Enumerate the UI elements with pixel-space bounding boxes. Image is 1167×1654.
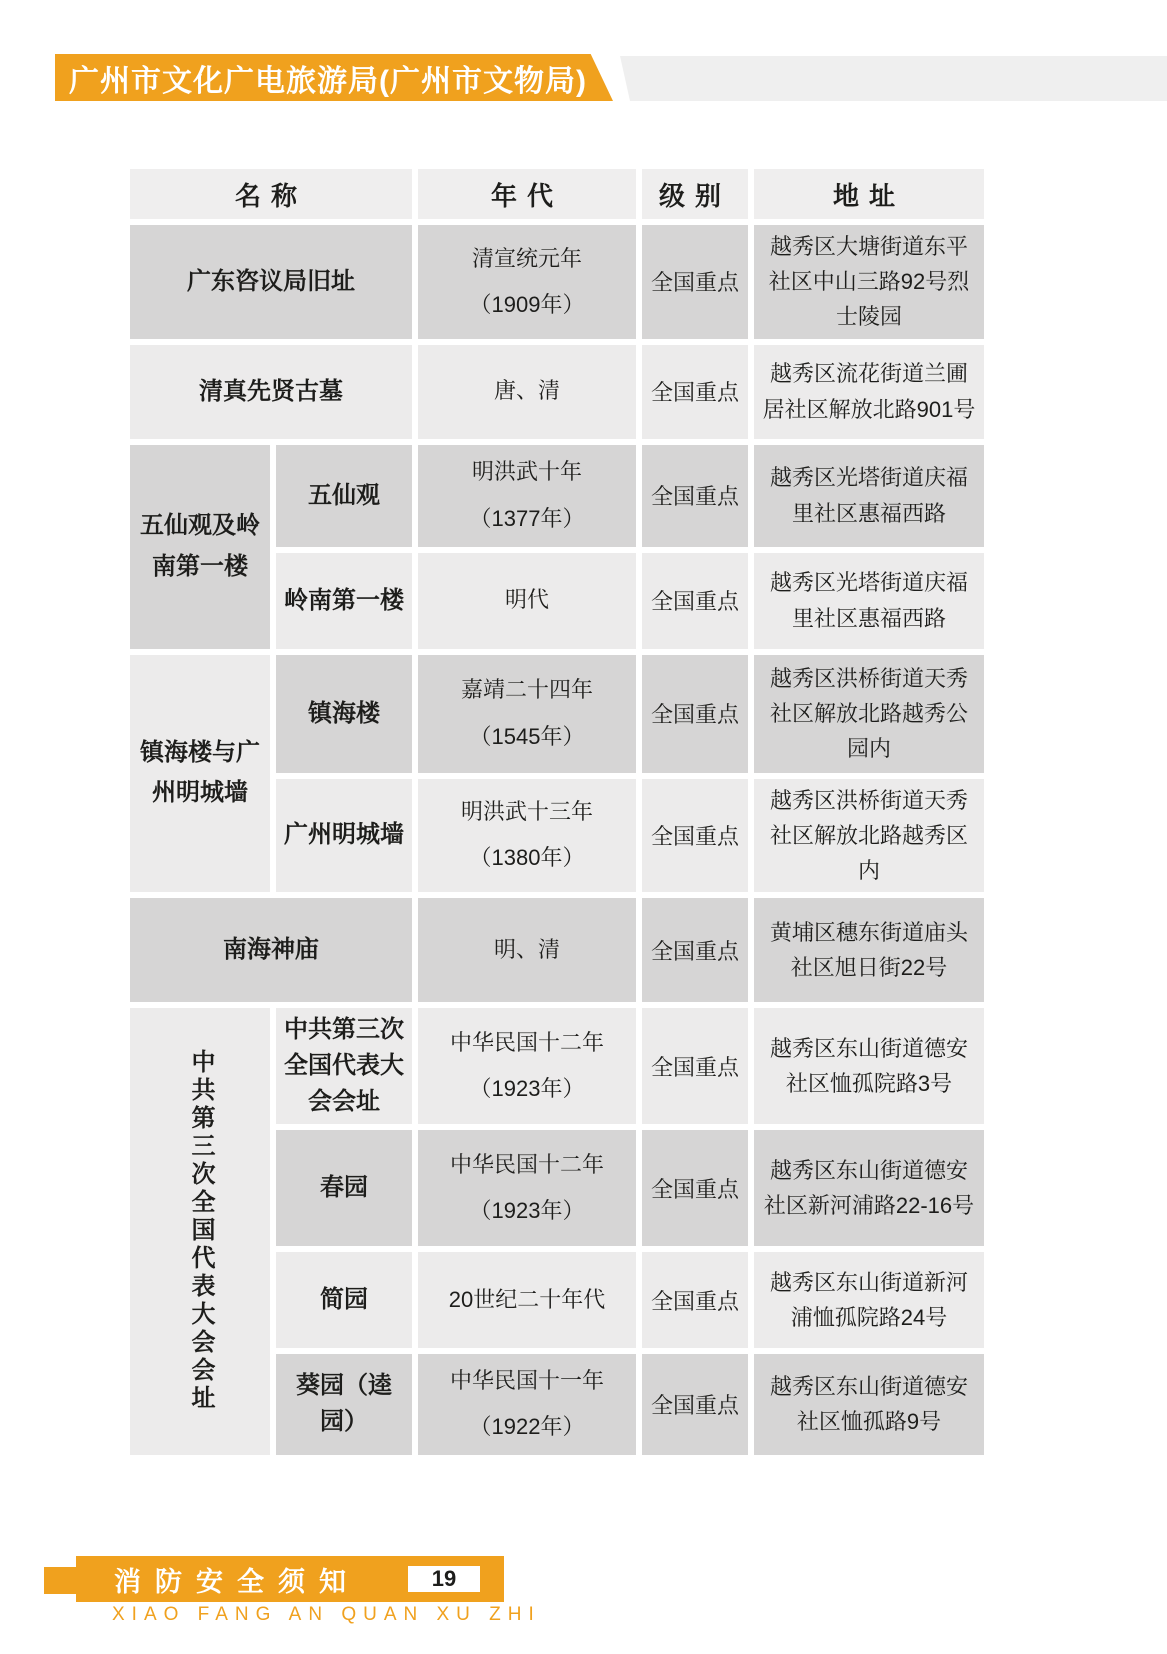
site-address: 越秀区洪桥街道天秀社区解放北路越秀区内 <box>754 779 984 893</box>
site-name: 广东咨议局旧址 <box>130 225 412 339</box>
site-name: 中共第三次全国代表大会会址 <box>276 1008 412 1124</box>
footer-accent-mark <box>44 1567 76 1594</box>
table-row: 清真先贤古墓 唐、清 全国重点 越秀区流花街道兰圃居社区解放北路901号 <box>130 345 984 439</box>
site-era: 20世纪二十年代 <box>418 1252 636 1348</box>
site-era: 嘉靖二十四年 （1545年） <box>418 655 636 773</box>
site-name: 春园 <box>276 1130 412 1246</box>
site-address: 黄埔区穗东街道庙头社区旭日街22号 <box>754 898 984 1002</box>
site-address: 越秀区光塔街道庆福里社区惠福西路 <box>754 553 984 649</box>
document-page: 广州市文化广电旅游局(广州市文物局) 名称 年代 级别 地址 广东咨议局旧址 清… <box>0 0 1167 1654</box>
page-title: 广州市文化广电旅游局(广州市文物局) <box>55 56 587 100</box>
column-header-address: 地址 <box>754 169 984 219</box>
table-header-row: 名称 年代 级别 地址 <box>130 169 984 219</box>
site-address: 越秀区东山街道新河浦恤孤院路24号 <box>754 1252 984 1348</box>
site-level: 全国重点 <box>642 445 748 547</box>
site-address: 越秀区东山街道德安社区恤孤院路3号 <box>754 1008 984 1124</box>
site-level: 全国重点 <box>642 779 748 893</box>
page-number-box: 19 <box>408 1566 480 1592</box>
table-row: 广东咨议局旧址 清宣统元年 （1909年） 全国重点 越秀区大塘街道东平社区中山… <box>130 225 984 339</box>
site-name: 镇海楼 <box>276 655 412 773</box>
site-group-name: 中共第三次全国代表大会会址 <box>130 1008 270 1454</box>
site-address: 越秀区东山街道德安社区新河浦路22-16号 <box>754 1130 984 1246</box>
site-level: 全国重点 <box>642 1252 748 1348</box>
site-level: 全国重点 <box>642 225 748 339</box>
site-era: 中华民国十一年 （1922年） <box>418 1354 636 1454</box>
site-address: 越秀区流花街道兰圃居社区解放北路901号 <box>754 345 984 439</box>
site-address: 越秀区东山街道德安社区恤孤路9号 <box>754 1354 984 1454</box>
site-level: 全国重点 <box>642 1008 748 1124</box>
heritage-sites-table: 名称 年代 级别 地址 广东咨议局旧址 清宣统元年 （1909年） 全国重点 越… <box>124 163 990 1461</box>
site-era: 明洪武十年 （1377年） <box>418 445 636 547</box>
site-name: 南海神庙 <box>130 898 412 1002</box>
column-header-level: 级别 <box>642 169 748 219</box>
site-group-name: 镇海楼与广州明城墙 <box>130 655 270 893</box>
footer-bar: 消防安全须知 19 <box>76 1556 504 1602</box>
site-address: 越秀区洪桥街道天秀社区解放北路越秀公园内 <box>754 655 984 773</box>
column-header-name: 名称 <box>130 169 412 219</box>
page-number: 19 <box>432 1566 456 1592</box>
site-era: 中华民国十二年 （1923年） <box>418 1130 636 1246</box>
footer-pinyin: XIAO FANG AN QUAN XU ZHI <box>112 1604 541 1626</box>
header-gray-band <box>620 56 1167 101</box>
site-era: 明洪武十三年 （1380年） <box>418 779 636 893</box>
site-era: 中华民国十二年 （1923年） <box>418 1008 636 1124</box>
site-level: 全国重点 <box>642 655 748 773</box>
column-header-era: 年代 <box>418 169 636 219</box>
site-name: 五仙观 <box>276 445 412 547</box>
site-era: 明、清 <box>418 898 636 1002</box>
site-group-name: 五仙观及岭南第一楼 <box>130 445 270 649</box>
site-level: 全国重点 <box>642 345 748 439</box>
site-level: 全国重点 <box>642 1130 748 1246</box>
site-name: 广州明城墙 <box>276 779 412 893</box>
site-name: 岭南第一楼 <box>276 553 412 649</box>
site-name: 清真先贤古墓 <box>130 345 412 439</box>
table-row: 南海神庙 明、清 全国重点 黄埔区穗东街道庙头社区旭日街22号 <box>130 898 984 1002</box>
site-era: 明代 <box>418 553 636 649</box>
table-row: 中共第三次全国代表大会会址 中共第三次全国代表大会会址 中华民国十二年 （192… <box>130 1008 984 1124</box>
site-level: 全国重点 <box>642 553 748 649</box>
site-era: 清宣统元年 （1909年） <box>418 225 636 339</box>
site-address: 越秀区大塘街道东平社区中山三路92号烈士陵园 <box>754 225 984 339</box>
site-level: 全国重点 <box>642 898 748 1002</box>
site-era: 唐、清 <box>418 345 636 439</box>
site-name: 简园 <box>276 1252 412 1348</box>
site-name: 葵园（逵园） <box>276 1354 412 1454</box>
table-row: 镇海楼与广州明城墙 镇海楼 嘉靖二十四年 （1545年） 全国重点 越秀区洪桥街… <box>130 655 984 773</box>
site-address: 越秀区光塔街道庆福里社区惠福西路 <box>754 445 984 547</box>
site-level: 全国重点 <box>642 1354 748 1454</box>
table-row: 五仙观及岭南第一楼 五仙观 明洪武十年 （1377年） 全国重点 越秀区光塔街道… <box>130 445 984 547</box>
header-banner: 广州市文化广电旅游局(广州市文物局) <box>55 54 613 101</box>
footer-title: 消防安全须知 <box>76 1560 360 1599</box>
